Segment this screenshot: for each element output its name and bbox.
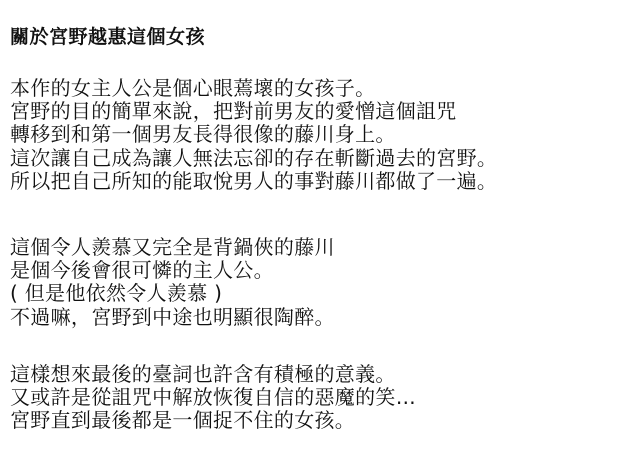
text-line: 這樣想來最後的臺詞也許含有積極的意義。 — [10, 363, 416, 386]
paragraph-conclusion: 這樣想來最後的臺詞也許含有積極的意義。 又或許是從詛咒中解放恢復自信的惡魔的笑…… — [10, 363, 416, 433]
text-line: ( 但是他依然令人羨慕 ) — [10, 282, 335, 305]
text-line: 宮野直到最後都是一個捉不住的女孩。 — [10, 409, 416, 432]
text-line: 轉移到和第一個男友長得很像的藤川身上。 — [10, 123, 497, 146]
text-line: 這次讓自己成為讓人無法忘卻的存在斬斷過去的宮野。 — [10, 147, 497, 170]
text-line: 是個今後會很可憐的主人公。 — [10, 259, 335, 282]
text-line: 所以把自己所知的能取悅男人的事對藤川都做了一遍。 — [10, 170, 497, 193]
text-line: 又或許是從詛咒中解放恢復自信的惡魔的笑… — [10, 386, 416, 409]
paragraph-fujikawa: 這個令人羨慕又完全是背鍋俠的藤川 是個今後會很可憐的主人公。 ( 但是他依然令人… — [10, 236, 335, 329]
paragraph-intro: 本作的女主人公是個心眼蔫壞的女孩子。 宮野的目的簡單來說，把對前男友的愛憎這個詛… — [10, 77, 497, 193]
text-line: 宮野的目的簡單來說，把對前男友的愛憎這個詛咒 — [10, 100, 497, 123]
text-line: 這個令人羨慕又完全是背鍋俠的藤川 — [10, 236, 335, 259]
text-line: 本作的女主人公是個心眼蔫壞的女孩子。 — [10, 77, 497, 100]
article-title: 關於宮野越惠這個女孩 — [10, 25, 205, 49]
text-line: 不過嘛，宮野到中途也明顯很陶醉。 — [10, 306, 335, 329]
